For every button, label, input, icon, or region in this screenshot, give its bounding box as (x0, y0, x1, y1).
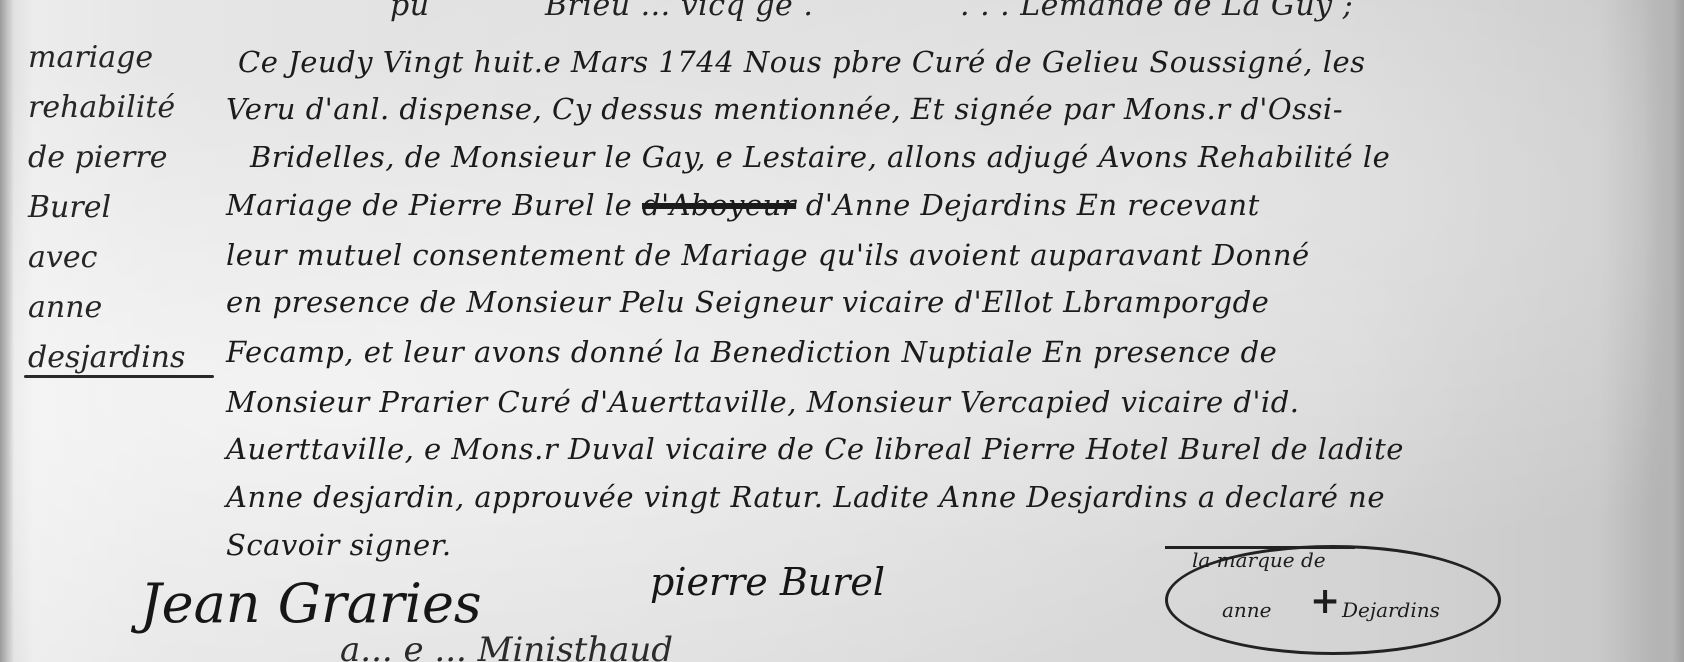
signature-bottom-partial: a... e ... Ministhaud (340, 630, 673, 662)
margin-line: mariage (28, 40, 153, 75)
body-line-2: Veru d'anl. dispense, Cy dessus mentionn… (226, 92, 1343, 126)
margin-divider (24, 375, 214, 378)
body-line-4-end: d'Anne Dejardins En recevant (806, 188, 1260, 222)
body-line-3: Bridelles, de Monsieur le Gay, e Lestair… (250, 140, 1390, 174)
body-line-5: leur mutuel consentement de Mariage qu'i… (226, 238, 1310, 272)
cross-mark-icon: + (1310, 580, 1340, 622)
top-partial-right: . . . Lemande de La Guy ; (960, 0, 1353, 23)
margin-line: Burel (28, 190, 111, 225)
body-line-11: Scavoir signer. (226, 528, 452, 562)
register-page: pu Brieu ... vicq ge . . . . Lemande de … (0, 0, 1684, 662)
margin-line: avec (28, 240, 97, 275)
signature-pierre-burel: pierre Burel (650, 560, 885, 604)
margin-line: de pierre (28, 140, 167, 175)
struck-word: d'Aboyeur (642, 188, 796, 222)
margin-line: anne (28, 290, 102, 325)
body-line-10: Anne desjardin, approuvée vingt Ratur. L… (226, 480, 1385, 514)
mark-name-left: anne (1222, 598, 1272, 622)
mark-name-right: Dejardins (1342, 598, 1440, 622)
body-line-4: Mariage de Pierre Burel le d'Aboyeur d'A… (226, 188, 1260, 222)
top-partial-left: pu (390, 0, 430, 23)
top-partial-middle: Brieu ... vicq ge . (545, 0, 813, 23)
margin-line: desjardins (28, 340, 185, 375)
body-line-6: en presence de Monsieur Pelu Seigneur vi… (226, 285, 1269, 319)
body-line-7: Fecamp, et leur avons donné la Benedicti… (226, 335, 1277, 369)
body-line-1: Ce Jeudy Vingt huit.e Mars 1744 Nous pbr… (238, 45, 1366, 79)
body-line-4-start: Mariage de Pierre Burel le (226, 188, 632, 222)
binding-edge (0, 0, 14, 662)
page-right-edge (1644, 0, 1684, 662)
signature-jean-graries: Jean Graries (140, 572, 482, 635)
body-line-9: Auerttaville, e Mons.r Duval vicaire de … (226, 432, 1404, 466)
body-line-8: Monsieur Prarier Curé d'Auerttaville, Mo… (226, 385, 1299, 419)
mark-label: la marque de (1192, 548, 1326, 572)
margin-line: rehabilité (28, 90, 175, 125)
